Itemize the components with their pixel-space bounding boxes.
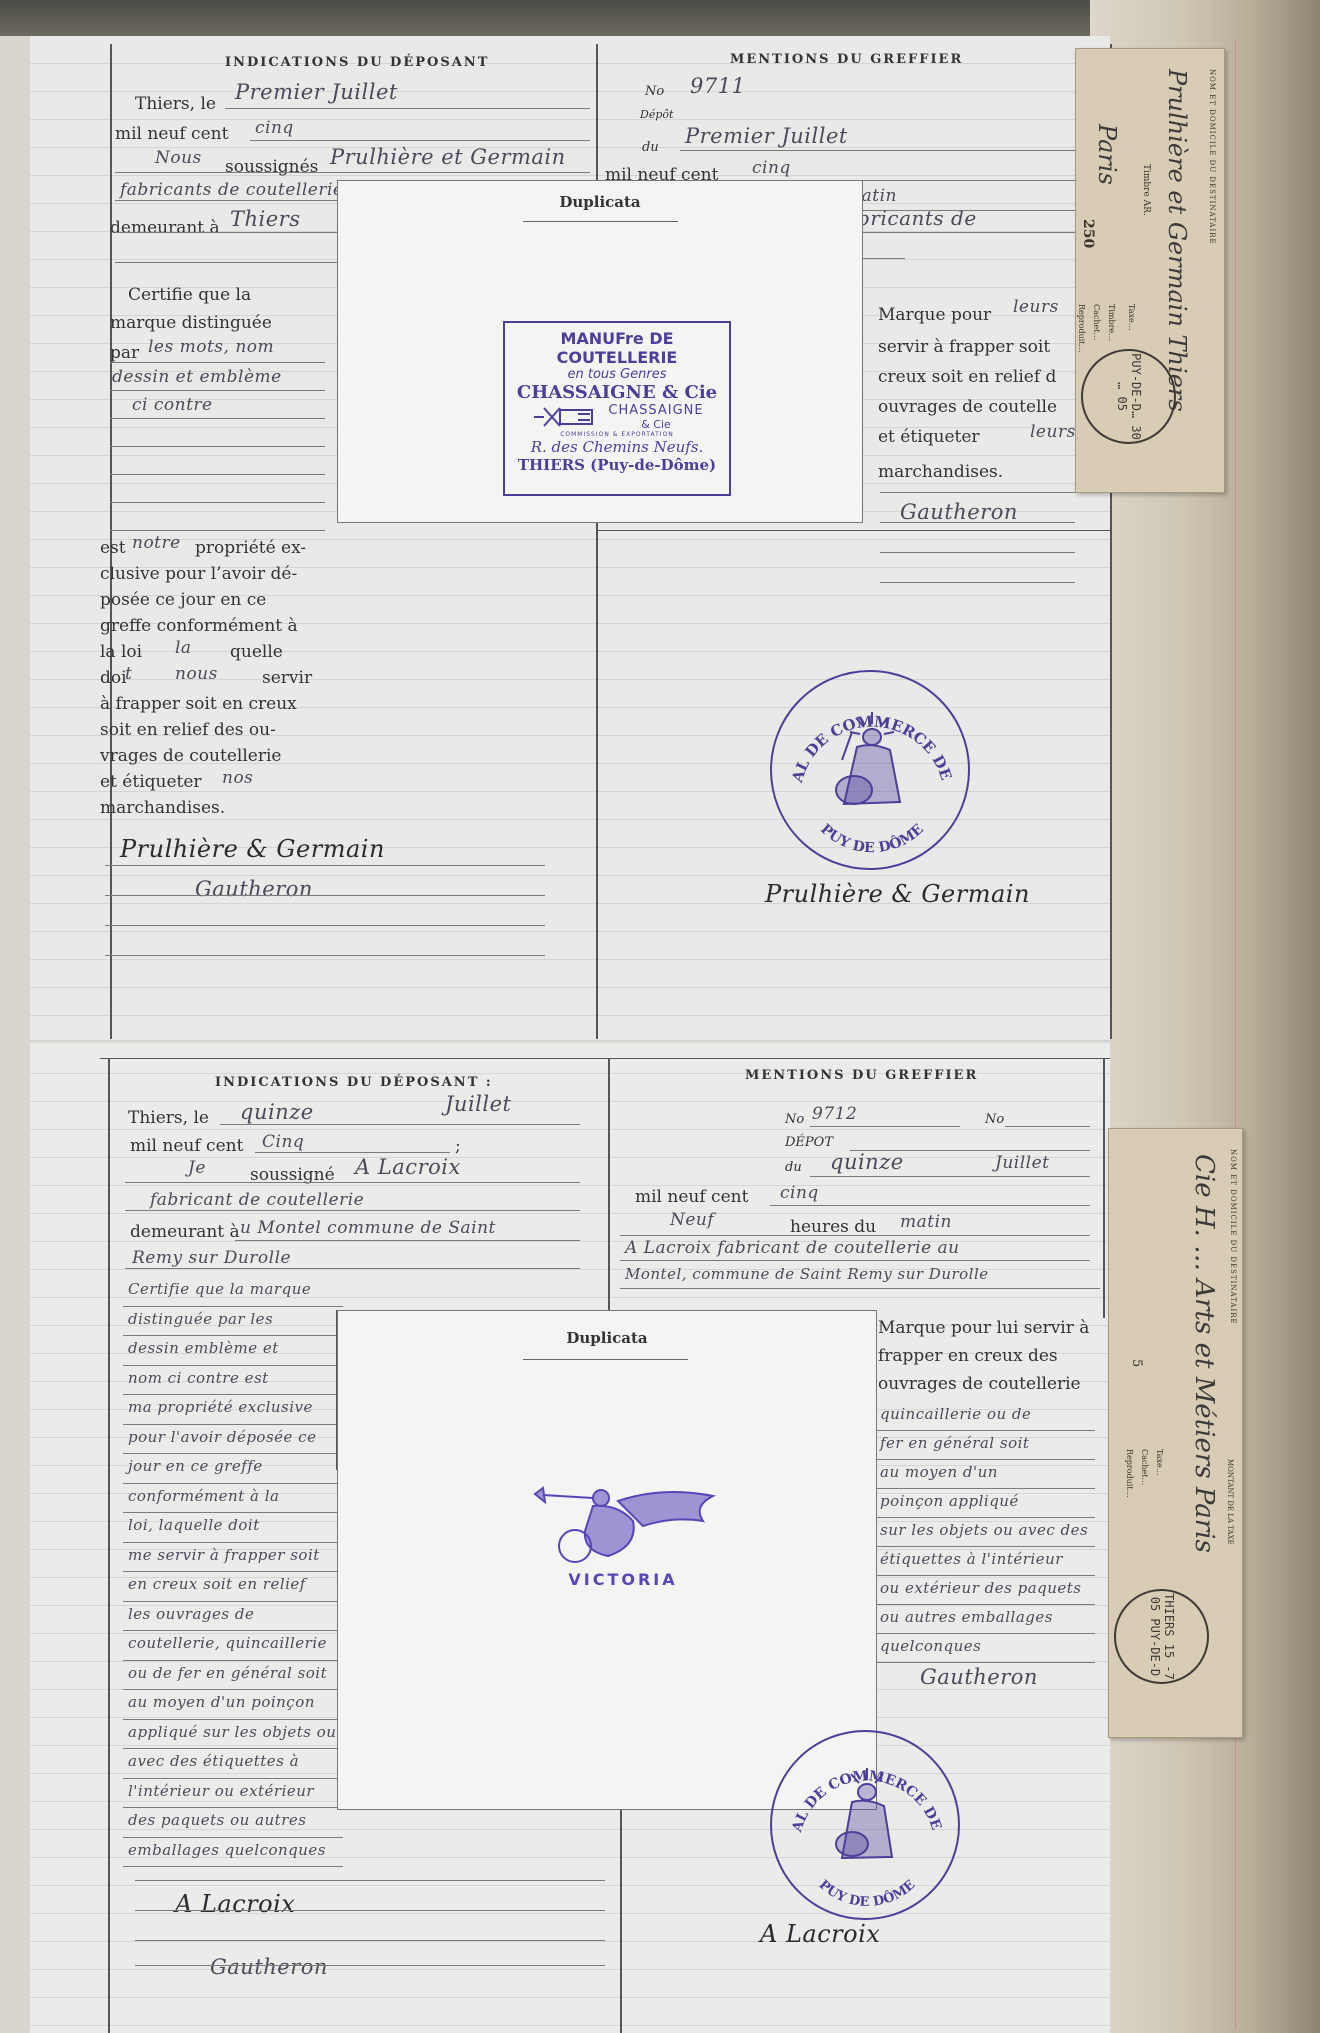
handwritten-line: l'intérieur ou extérieur: [128, 1782, 314, 1800]
entry2-middle-divider: [608, 1058, 610, 1313]
entry1-postal-receipt: NOM ET DOMICILE DU DESTINATAIRE Prulhièr…: [1075, 48, 1225, 493]
entry1-deposant-date: Premier Juillet: [235, 80, 398, 104]
entry1-marque-description-3: ci contre: [132, 395, 213, 415]
handwritten-line: appliqué sur les objets ou: [128, 1723, 336, 1741]
handwritten-line: les ouvrages de: [128, 1605, 254, 1623]
handwritten-line: jour en ce greffe: [128, 1457, 263, 1475]
entry1-certifie-line2: marque distinguée: [110, 313, 272, 333]
entry2-deposit-day: quinze: [830, 1150, 904, 1174]
entry1-clerk-signature: Gautheron: [900, 500, 1018, 524]
entry1-soussignes-label: soussignés: [225, 157, 318, 177]
entry2-greffier-depositor: A Lacroix fabricant de coutellerie au: [625, 1238, 960, 1258]
entry2-duplicata-title: Duplicata: [338, 1329, 876, 1347]
handwritten-line: coutellerie, quincaillerie: [128, 1634, 327, 1652]
entry2-deposit-month: Juillet: [995, 1153, 1049, 1173]
entry1-deposant-names: Prulhière et Germain: [330, 145, 566, 169]
handwritten-line: Certifie que la marque: [128, 1280, 311, 1298]
handwritten-line: quincaillerie ou de: [880, 1405, 1031, 1423]
tribunal-seal-icon: TRIBUNAL DE COMMERCE DE THIERS ( PUY DE …: [772, 672, 972, 872]
entry2-tribunal-seal: TRIBUNAL DE COMMERCE DE THIERS ( PUY DE …: [770, 1730, 960, 1920]
handwritten-line: distinguée par les: [128, 1310, 273, 1328]
entry2-deposant-header: INDICATIONS DU DÉPOSANT :: [215, 1075, 493, 1090]
entry1-deposant-subject: Nous: [155, 148, 202, 168]
handwritten-line: étiquettes à l'intérieur: [880, 1550, 1063, 1568]
entry2-deposant-signature: A Lacroix: [175, 1890, 295, 1918]
entry1-receipt-handwriting: Prulhière et Germain Thiers: [1163, 69, 1191, 412]
entry1-deposant-year: cinq: [255, 118, 294, 138]
crossed-knives-icon: [530, 404, 598, 430]
handwritten-line: me servir à frapper soit: [128, 1546, 320, 1564]
entry1-duplicata-box: Duplicata MANUFre DE COUTELLERIE en tous…: [337, 180, 863, 523]
entry1-owner-word: notre: [132, 533, 181, 553]
entry1-est-label: est: [100, 538, 126, 558]
handwritten-line: des paquets ou autres: [128, 1811, 306, 1829]
handwritten-line: ou autres emballages: [880, 1608, 1053, 1626]
entry1-clerk-signature-left: Gautheron: [195, 877, 313, 901]
entry2-greffier-header: MENTIONS DU GREFFIER: [745, 1068, 978, 1083]
handwritten-line: conformément à la: [128, 1487, 279, 1505]
entry2-deposant-day: quinze: [240, 1100, 314, 1124]
handwritten-line: au moyen d'un poinçon: [128, 1693, 315, 1711]
handwritten-line: au moyen d'un: [880, 1463, 998, 1481]
chassaigne-trademark-stamp: MANUFre DE COUTELLERIE en tous Genres CH…: [503, 321, 731, 496]
handwritten-line: sur les objets ou avec des: [880, 1521, 1088, 1539]
handwritten-line: nom ci contre est: [128, 1369, 269, 1387]
entry1-thiers-le-label: Thiers, le: [135, 94, 216, 114]
handwritten-line: emballages quelconques: [128, 1841, 326, 1859]
entry1-deposant-signature-right: Prulhière & Germain: [765, 880, 1030, 908]
entry1-marque-description-1: les mots, nom: [148, 337, 274, 357]
angel-trumpet-icon: [523, 1476, 723, 1566]
handwritten-line: ou de fer en général soit: [128, 1664, 327, 1682]
entry1-duplicata-title: Duplicata: [338, 193, 862, 211]
entry1-greffier-header: MENTIONS DU GREFFIER: [730, 52, 963, 67]
entry2-deposant-name: A Lacroix: [355, 1155, 461, 1179]
entry1-certifie-line1: Certifie que la: [128, 285, 251, 305]
handwritten-line: en creux soit en relief: [128, 1575, 306, 1593]
victoria-trademark-stamp: VICTORIA: [523, 1476, 723, 1589]
entry2-postal-receipt: NOM ET DOMICILE DU DESTINATAIRE Cie H. ……: [1108, 1128, 1243, 1738]
entry1-deposant-header: INDICATIONS DU DÉPOSANT: [225, 55, 489, 70]
entry2-deposant-month: Juillet: [445, 1092, 511, 1116]
handwritten-line: fer en général soit: [880, 1434, 1029, 1452]
handwritten-line: avec des étiquettes à: [128, 1752, 299, 1770]
handwritten-line: loi, laquelle doit: [128, 1516, 260, 1534]
entry1-certifie-line3: par: [110, 343, 139, 363]
handwritten-line: ou extérieur des paquets: [880, 1579, 1082, 1597]
entry2-deposit-number: 9712: [812, 1104, 857, 1124]
entry2-receipt-handwriting: Cie H. … Arts et Métiers Paris: [1189, 1154, 1219, 1553]
entry1-year-label: mil neuf cent: [115, 124, 228, 144]
entry1-tribunal-seal: TRIBUNAL DE COMMERCE DE THIERS ( PUY DE …: [770, 670, 970, 870]
handwritten-line: pour l'avoir déposée ce: [128, 1428, 316, 1446]
handwritten-line: quelconques: [880, 1637, 981, 1655]
entry2-clerk-signature-left: Gautheron: [210, 1955, 328, 1979]
entry1-deposant-signature: Prulhière & Germain: [120, 835, 385, 863]
tribunal-seal-icon: TRIBUNAL DE COMMERCE DE THIERS ( PUY DE …: [772, 1732, 962, 1922]
handwritten-line: ma propriété exclusive: [128, 1398, 313, 1416]
entry1-deposant-residence: Thiers: [230, 207, 301, 231]
entry1-deposant-profession: fabricants de coutellerie: [120, 180, 343, 200]
entry2-deposant-signature-right: A Lacroix: [760, 1920, 880, 1948]
entry1-postmark: PUY-DE-D… 30 … 05: [1081, 349, 1176, 444]
entry2-postmark: THIERS 15 -7 05 PUY-DE-D: [1114, 1589, 1209, 1684]
entry2-left-border: [108, 1058, 110, 2033]
handwritten-line: dessin emblème et: [128, 1339, 279, 1357]
entry2-clerk-signature: Gautheron: [920, 1665, 1038, 1689]
entry1-deposit-number: 9711: [690, 74, 745, 98]
entry1-demeurant-label: demeurant à: [110, 218, 220, 238]
entry1-marque-description-2: dessin et emblème: [112, 367, 282, 387]
entry1-deposit-date: Premier Juillet: [685, 124, 848, 148]
handwritten-line: poinçon appliqué: [880, 1492, 1019, 1510]
entry2-right-border: [1103, 1058, 1105, 1318]
